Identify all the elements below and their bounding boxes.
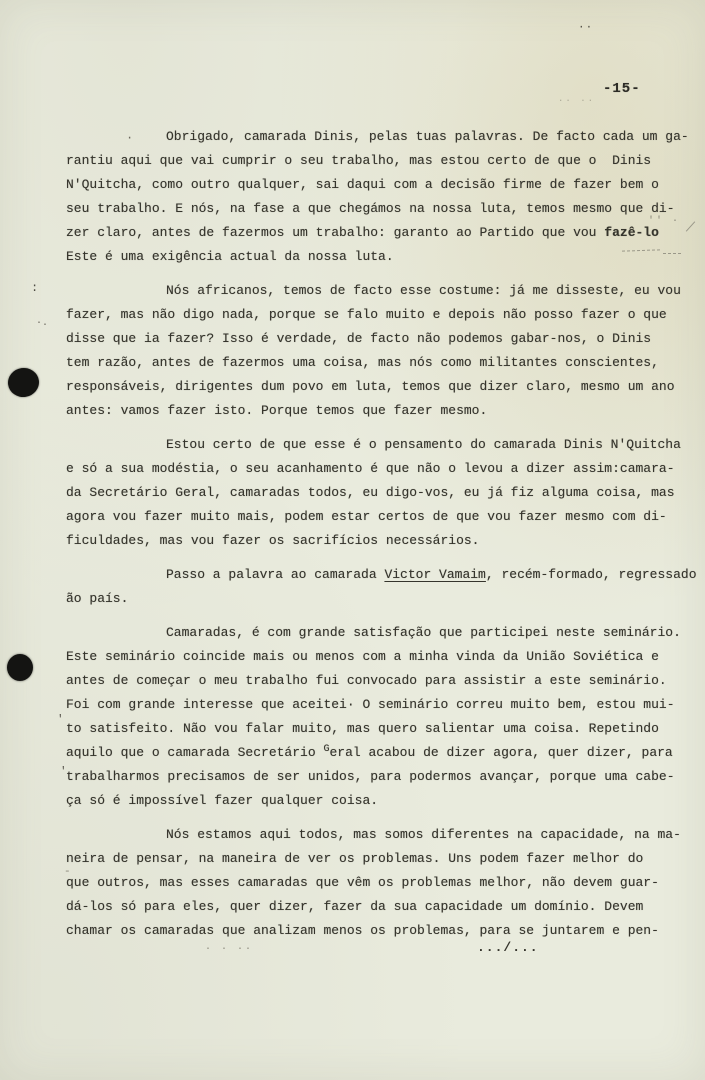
text-line: Nós africanos, temos de facto esse costu… [66, 279, 682, 303]
text-line: N'Quitcha, como outro qualquer, sai daqu… [66, 173, 682, 197]
pencil-tick-marks: '' · [648, 216, 680, 227]
text-line: ão país. [66, 587, 682, 611]
text-line: rantiu aqui que vai cumprir o seu trabal… [66, 149, 682, 173]
margin-mark-dots: ·. [36, 318, 48, 329]
stray-ink-dots: ·· [578, 22, 593, 34]
text-line: Camaradas, é com grande satisfação que p… [66, 621, 682, 645]
stray-apostrophe: ' [60, 766, 67, 778]
pencil-dots-under-page-number: ·· ·· [558, 96, 595, 106]
margin-mark-dash: - [64, 866, 71, 878]
text-line: que outros, mas esses camaradas que vêm … [66, 871, 682, 895]
paragraph: Obrigado, camarada Dinis, pelas tuas pal… [66, 125, 682, 269]
document-body: Obrigado, camarada Dinis, pelas tuas pal… [66, 125, 682, 953]
text-line: dá-los só para eles, quer dizer, fazer d… [66, 895, 682, 919]
text-line: responsáveis, dirigentes dum povo em lut… [66, 375, 682, 399]
paragraph: Nós africanos, temos de facto esse costu… [66, 279, 682, 423]
text-line: chamar os camaradas que analizam menos o… [66, 919, 682, 943]
text-line: seu trabalho. E nós, na fase a que chegá… [66, 197, 682, 221]
stray-apostrophe: ' [57, 714, 64, 726]
text-line: neira de pensar, na maneira de ver os pr… [66, 847, 682, 871]
text-line: Este é uma exigência actual da nossa lut… [66, 245, 682, 269]
paragraph: Passo a palavra ao camarada Victor Vamai… [66, 563, 682, 611]
text-line: to satisfeito. Não vou falar muito, mas … [66, 717, 682, 741]
punch-hole-top [6, 366, 41, 399]
punch-hole-bottom [7, 654, 33, 681]
pencil-underline-mark [663, 253, 681, 254]
text-line: disse que ia fazer? Isso é verdade, de f… [66, 327, 682, 351]
stray-dot: · [126, 131, 133, 145]
text-line: fazer, mas não digo nada, porque se falo… [66, 303, 682, 327]
text-line: trabalharmos precisamos de ser unidos, p… [66, 765, 682, 789]
text-line: agora vou fazer muito mais, podem estar … [66, 505, 682, 529]
text-line: ficuldades, mas vou fazer os sacrifícios… [66, 529, 682, 553]
text-line: Obrigado, camarada Dinis, pelas tuas pal… [66, 125, 682, 149]
bottom-pencil-dots: · · ·· [205, 944, 253, 955]
text-line: antes de começar o meu trabalho fui conv… [66, 669, 682, 693]
text-line: e só a sua modéstia, o seu acanhamento é… [66, 457, 682, 481]
text-line: Foi com grande interesse que aceitei· O … [66, 693, 682, 717]
paragraph: Nós estamos aqui todos, mas somos difere… [66, 823, 682, 943]
pencil-diagonal-line [686, 221, 695, 231]
text-line: da Secretário Geral, camaradas todos, eu… [66, 481, 682, 505]
text-line: Este seminário coincide mais ou menos co… [66, 645, 682, 669]
page-number: -15- [603, 81, 641, 97]
continuation-mark: .../... [477, 940, 539, 955]
text-line: tem razão, antes de fazermos uma coisa, … [66, 351, 682, 375]
text-line: ça só é impossível fazer qualquer coisa. [66, 789, 682, 813]
paragraph: Camaradas, é com grande satisfação que p… [66, 621, 682, 813]
text-line: Passo a palavra ao camarada Victor Vamai… [66, 563, 682, 587]
scanned-document-page: -15- Obrigado, camarada Dinis, pelas tua… [0, 0, 705, 1080]
margin-mark-colon: : [31, 281, 38, 295]
text-line: antes: vamos fazer isto. Porque temos qu… [66, 399, 682, 423]
paragraph: Estou certo de que esse é o pensamento d… [66, 433, 682, 553]
text-line: aquilo que o camarada Secretário Geral a… [66, 741, 682, 765]
text-line: Nós estamos aqui todos, mas somos difere… [66, 823, 682, 847]
text-line: Estou certo de que esse é o pensamento d… [66, 433, 682, 457]
text-line: zer claro, antes de fazermos um trabalho… [66, 221, 682, 245]
